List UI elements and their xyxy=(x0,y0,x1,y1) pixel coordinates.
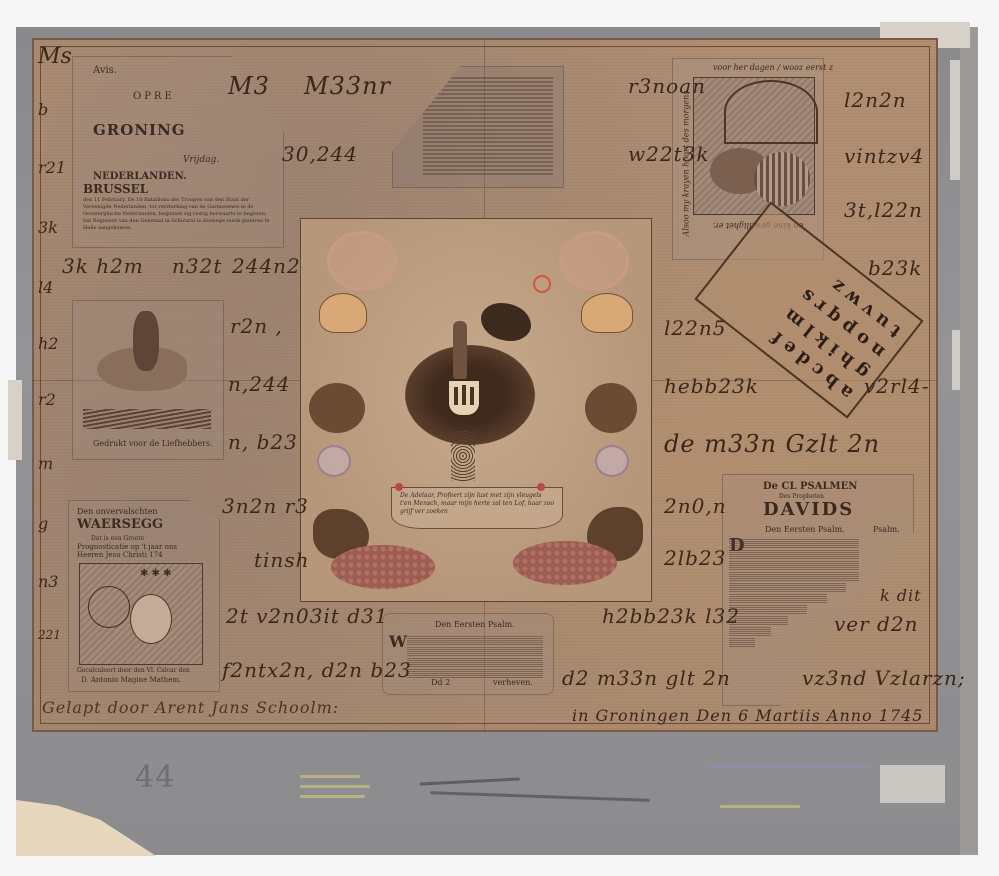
flower-right xyxy=(595,445,629,477)
fruit-right xyxy=(585,383,637,433)
signature-right: in Groningen Den 6 Martiis Anno 1745 xyxy=(572,706,923,725)
horseman-woodcut xyxy=(83,311,211,431)
eagle-neck xyxy=(453,321,467,381)
grapes-right xyxy=(513,541,617,585)
rooster-tail xyxy=(724,80,818,144)
crayon-mark xyxy=(720,805,800,808)
pencil-note: 44 xyxy=(135,760,175,795)
crayon-mark xyxy=(300,785,370,788)
paper-peel xyxy=(950,60,960,180)
astronomer-face xyxy=(130,594,172,644)
central-eagle-drawing: De Adelaar, Profeert zijn lust met zijn … xyxy=(300,218,652,602)
paper-peel xyxy=(8,380,22,460)
coat-of-arms-shield xyxy=(447,379,481,417)
board-edge xyxy=(960,27,978,855)
crayon-mark xyxy=(710,765,870,768)
paper-peel xyxy=(880,765,945,803)
red-sun-icon xyxy=(533,275,551,293)
fruit-left xyxy=(309,383,365,433)
banner-knot xyxy=(537,483,545,491)
music-staves xyxy=(407,634,543,680)
rooster-woodcut xyxy=(693,77,815,215)
ground xyxy=(83,409,211,429)
paper-peel xyxy=(952,330,960,390)
horseman-print: Gedrukt voor de Liefhebbers. xyxy=(72,300,224,460)
rose-left xyxy=(327,231,397,291)
calligraphy-sheet: Ms b r21 3k l4 h2 r2 m g n3 221 Avis. OP… xyxy=(32,38,938,732)
printed-text-lines xyxy=(423,77,553,177)
eagle-tail xyxy=(451,431,475,481)
banner-knot xyxy=(395,483,403,491)
motto-banner: De Adelaar, Profeert zijn lust met zijn … xyxy=(391,487,563,529)
tulip-left xyxy=(319,293,367,333)
psalm-sheet-print: Den Eersten Psalm. W Dd 2 verheven. xyxy=(382,613,554,695)
rider xyxy=(133,311,159,371)
small-eagle xyxy=(481,303,531,341)
tulip-right xyxy=(581,293,633,333)
armillary-sphere xyxy=(88,586,130,628)
stars-icon: ✱ ✱ ✱ xyxy=(140,568,172,579)
flower-left xyxy=(317,445,351,477)
astronomer-woodcut: ✱ ✱ ✱ xyxy=(79,563,203,665)
crayon-mark xyxy=(300,795,365,798)
almanac-print: Den onvervalschten WAERSEGG Dat is een G… xyxy=(68,500,220,692)
signature-left: Gelapt door Arent Jans Schoolm: xyxy=(42,698,339,717)
crayon-mark xyxy=(300,775,360,778)
rose-right xyxy=(559,231,629,291)
grapes-left xyxy=(331,545,435,589)
rooster-wing xyxy=(754,152,810,206)
